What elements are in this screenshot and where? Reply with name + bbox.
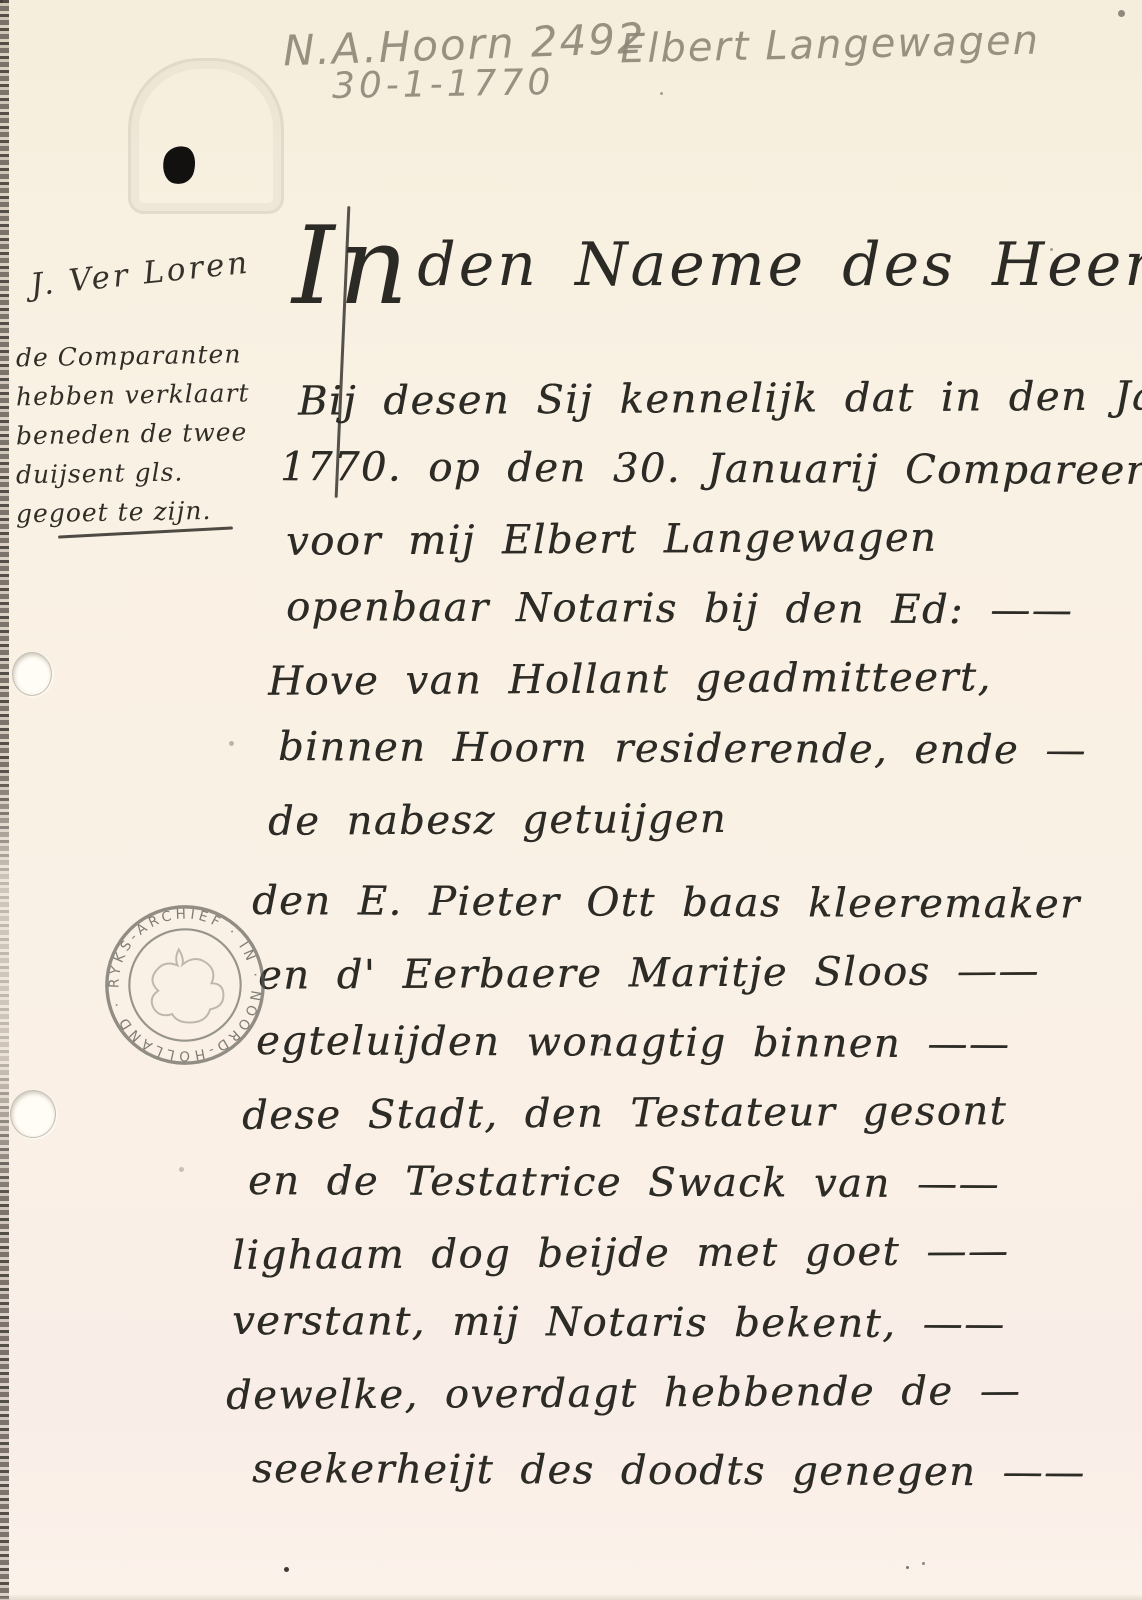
archive-seal-stamp: RYKS-ARCHIEF · IN · NOORD-HOLLAND ·	[89, 889, 281, 1081]
seal-ring-text: RYKS-ARCHIEF · IN · NOORD-HOLLAND ·	[94, 894, 276, 1076]
scanned-document-page: N.A.Hoorn 2492 Elbert Langewagen 30-1-17…	[0, 0, 1142, 1600]
handwritten-line: dese Stadt, den Testateur gesont	[242, 1075, 1142, 1151]
faint-embossed-stamp	[128, 58, 284, 214]
heading-text: den Naeme des Heeren Amen	[417, 230, 1142, 300]
deed-heading: In den Naeme des Heeren Amen	[292, 222, 1142, 312]
handwritten-line: seekerheijt des doodts genegen ——	[252, 1434, 1142, 1508]
margin-note-line: duijsent gls.	[16, 451, 287, 495]
punch-hole-bottom	[10, 1090, 56, 1138]
handwritten-line: en d' Eerbaere Maritje Sloos ——	[258, 935, 1142, 1011]
handwritten-line: dewelke, overdagt hebbende de —	[226, 1355, 1142, 1431]
handwritten-line: 1770. op den 30. Januarij Compareerden	[280, 432, 1142, 506]
scan-bottom-edge	[0, 1594, 1142, 1600]
pencil-notary-name: Elbert Langewagen	[620, 18, 1041, 73]
handwritten-line: Hove van Hollant geadmitteert,	[268, 641, 1142, 716]
handwritten-line: verstant, mij Notaris bekent, ——	[232, 1286, 1142, 1360]
scan-left-edge	[0, 0, 9, 1600]
margin-note-line: beneden de twee	[16, 412, 287, 456]
seal-coat-of-arms	[143, 943, 227, 1029]
handwritten-line: den E. Pieter Ott baas kleeremaker	[252, 866, 1142, 940]
margin-note: de Comparanten hebben verklaart beneden …	[16, 336, 286, 531]
svg-text:RYKS-ARCHIEF · IN · NOORD-HOLL: RYKS-ARCHIEF · IN · NOORD-HOLLAND ·	[94, 894, 276, 1076]
handwritten-line: Bij desen Sij kennelijk dat in den Jaere	[298, 361, 1142, 436]
scan-noise-specks	[0, 0, 3, 3]
heading-initial: In	[292, 204, 412, 329]
margin-note-line: gegoet te zijn.	[16, 490, 287, 534]
margin-note-line: hebben verklaart	[16, 373, 287, 417]
handwritten-line: voor mij Elbert Langewagen	[286, 501, 1142, 576]
handwritten-line: binnen Hoorn residerende, ende —	[278, 712, 1142, 786]
pencil-date: 30-1-1770	[332, 62, 555, 107]
handwritten-line: en de Testatrice Swack van ——	[248, 1146, 1142, 1220]
deed-body-text: Bij desen Sij kennelijk dat in den Jaere…	[268, 364, 1142, 1506]
handwritten-line: de nabesz getuijgen	[268, 781, 1142, 856]
handwritten-line: lighaam dog beijde met goet ——	[232, 1215, 1142, 1291]
margin-signature: J. Ver Loren	[29, 245, 252, 304]
handwritten-line: egteluijden wonagtig binnen ——	[256, 1006, 1142, 1080]
margin-note-line: de Comparanten	[16, 334, 287, 378]
handwritten-line: openbaar Notaris bij den Ed: ——	[286, 572, 1142, 646]
punch-hole-top	[12, 652, 52, 696]
